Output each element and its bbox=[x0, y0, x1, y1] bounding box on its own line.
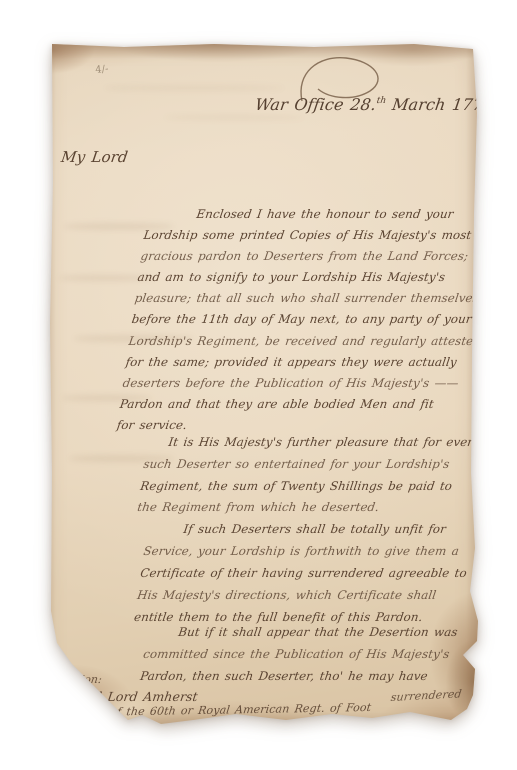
body-paragraph-3: If such Deserters shall be totally unfit… bbox=[133, 519, 475, 629]
dateline-place: War Office bbox=[254, 95, 345, 114]
body-line: deserters before the Publication of His … bbox=[121, 373, 476, 394]
paper-sheet: 4/- War Office 28.th March 1778. My Lord… bbox=[44, 43, 478, 730]
body-line: Lordship some printed Copies of His Maje… bbox=[142, 225, 497, 246]
body-line: But if it shall appear that the Desertio… bbox=[145, 621, 459, 643]
address-honorific: Rt. Hon: bbox=[52, 673, 103, 686]
paper-stain bbox=[104, 85, 284, 91]
body-line: Certificate of their having surrendered … bbox=[139, 563, 468, 585]
body-line: such Deserter so entertained for your Lo… bbox=[142, 454, 478, 476]
salutation: My Lord bbox=[60, 148, 129, 166]
letter-photograph: 4/- War Office 28.th March 1778. My Lord… bbox=[0, 0, 517, 770]
body-line: and am to signify to your Lordship His M… bbox=[136, 267, 491, 288]
catchword: surrendered bbox=[390, 687, 462, 704]
dateline-day: 28. bbox=[349, 95, 377, 114]
body-line: pleasure; that all such who shall surren… bbox=[133, 288, 488, 309]
paper-stain bbox=[164, 115, 304, 120]
dateline-day-suffix: th bbox=[376, 96, 387, 106]
pencil-mark: 4/- bbox=[95, 64, 109, 76]
body-line: Pardon, then such Deserter, tho' he may … bbox=[139, 665, 453, 687]
body-line: committed since the Publication of His M… bbox=[142, 643, 456, 665]
body-line: before the 11th day of May next, to any … bbox=[130, 309, 485, 330]
body-paragraph-2: It is His Majesty's further pleasure tha… bbox=[136, 432, 482, 519]
body-line: Service, your Lordship is forthwith to g… bbox=[142, 541, 471, 563]
paper-surface: 4/- War Office 28.th March 1778. My Lord… bbox=[44, 43, 478, 730]
address-name: General Lord Amherst bbox=[50, 689, 199, 704]
body-line: Regiment, the sum of Twenty Shillings be… bbox=[139, 476, 475, 498]
body-line: If such Deserters shall be totally unfit… bbox=[145, 519, 474, 541]
body-paragraph-1: Enclosed I have the honour to send your … bbox=[115, 204, 500, 436]
dateline: War Office 28.th March 1778. bbox=[254, 95, 500, 114]
dateline-rest: March 1778. bbox=[391, 95, 500, 114]
body-line: gracious pardon to Deserters from the La… bbox=[139, 246, 494, 267]
body-line: the Regiment from which he deserted. bbox=[136, 497, 472, 519]
body-line: His Majesty's directions, which Certific… bbox=[136, 585, 465, 607]
body-paragraph-4: But if it shall appear that the Desertio… bbox=[139, 621, 459, 687]
body-line: It is His Majesty's further pleasure tha… bbox=[145, 432, 481, 454]
body-line: Pardon and that they are able bodied Men… bbox=[118, 394, 473, 415]
body-line: for the same; provided it appears they w… bbox=[124, 352, 479, 373]
body-line: Lordship's Regiment, be received and reg… bbox=[127, 331, 482, 352]
body-line: Enclosed I have the honour to send your bbox=[145, 204, 500, 225]
